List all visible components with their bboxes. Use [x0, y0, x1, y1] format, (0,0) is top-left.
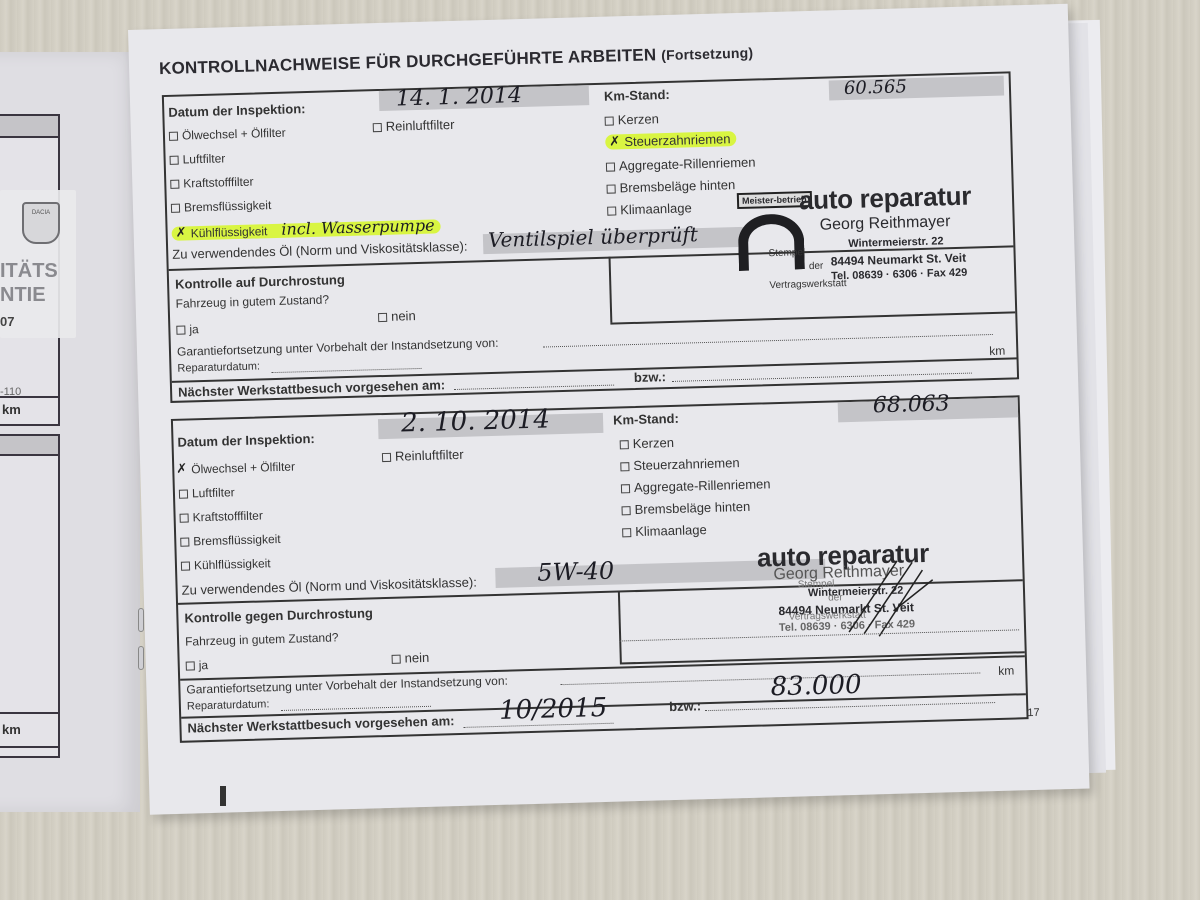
no-option[interactable]: nein: [391, 650, 429, 666]
sticker-text-line-2: NTIE: [0, 284, 46, 307]
repair-date-label: Reparaturdatum:: [177, 360, 260, 374]
km-value: 60.565: [844, 76, 908, 99]
stamp-owner: Georg Reithmayer: [819, 213, 950, 235]
checklist-item[interactable]: Kerzen: [604, 111, 659, 128]
stamp-company: auto reparatur: [799, 181, 972, 217]
sticker-number: 07: [0, 314, 14, 329]
dacia-logo-icon: DACIA: [22, 202, 60, 244]
no-option[interactable]: nein: [378, 308, 416, 324]
left-page-km-label: km: [2, 402, 21, 417]
checklist-item[interactable]: Klimaanlage: [622, 522, 707, 539]
rust-check-title: Kontrolle gegen Durchrostung: [184, 605, 373, 625]
stamp-caption: Stempel: [798, 578, 835, 590]
date-value: 2. 10. 2014: [401, 404, 551, 438]
stamp-caption: Vertragswerkstatt: [769, 278, 847, 291]
left-page-km-row-2: km: [0, 712, 60, 748]
checklist-item[interactable]: Steuerzahnriemen: [620, 455, 740, 473]
checklist-item[interactable]: Klimaanlage: [607, 200, 692, 217]
date-value: 14. 1. 2014: [396, 83, 523, 112]
sticker-text-line-1: ITÄTS: [0, 260, 58, 283]
checklist-item-checked[interactable]: Kühlflüssigkeitincl. Wasserpumpe: [171, 215, 440, 242]
condition-question: Fahrzeug in gutem Zustand?: [175, 292, 329, 310]
stamp-phone: Tel. 08639 · 6306 · Fax 429: [831, 267, 967, 283]
checkbox-icon[interactable]: [180, 514, 189, 523]
yes-option[interactable]: ja: [186, 658, 209, 673]
next-visit-dotted-line[interactable]: [454, 385, 614, 390]
date-label: Datum der Inspektion:: [168, 101, 306, 120]
checkbox-icon[interactable]: [179, 490, 188, 499]
staple-icon: [138, 608, 144, 632]
left-page-km-label-2: km: [2, 722, 21, 737]
checkbox-icon[interactable]: [382, 453, 391, 462]
checkbox-icon[interactable]: [606, 163, 615, 172]
checkbox-icon[interactable]: [620, 440, 629, 449]
checked-box-icon[interactable]: [178, 467, 187, 474]
km-label: Km-Stand:: [613, 411, 679, 428]
inspection-entry-1: Datum der Inspektion: 14. 1. 2014 Km-Sta…: [162, 71, 1019, 403]
checkbox-icon[interactable]: [181, 562, 190, 571]
checkbox-icon[interactable]: [176, 326, 185, 335]
date-label: Datum der Inspektion:: [177, 431, 315, 450]
checked-box-icon[interactable]: [178, 231, 187, 238]
warranty-label: Garantiefortsetzung unter Vorbehalt der …: [177, 336, 499, 359]
stamp-city: 84494 Neumarkt St. Veit: [831, 251, 967, 269]
checkbox-icon[interactable]: [170, 156, 179, 165]
page-title-suffix: (Fortsetzung): [661, 45, 753, 64]
warranty-dotted-line[interactable]: [543, 334, 993, 348]
checkbox-icon[interactable]: [373, 123, 382, 132]
checklist-item[interactable]: Ölwechsel + Ölfilter: [169, 126, 286, 143]
checklist-item[interactable]: Aggregate-Rillenriemen: [621, 476, 771, 495]
page-title-main: KONTROLLNACHWEISE FÜR DURCHGEFÜHRTE ARBE…: [159, 45, 657, 78]
checkbox-icon[interactable]: [622, 528, 631, 537]
signature-icon: [837, 549, 949, 642]
km-value: 68.063: [872, 391, 950, 418]
oil-value: 5W-40: [537, 557, 615, 587]
or-label: bzw.:: [669, 698, 701, 714]
stamp-box-divider: [618, 590, 622, 662]
handwritten-note: incl. Wasserpumpe: [281, 216, 435, 239]
km-unit: km: [998, 664, 1014, 678]
checkbox-icon[interactable]: [607, 207, 616, 216]
left-page-small-text: -110: [0, 386, 21, 398]
rust-check-title: Kontrolle auf Durchrostung: [175, 272, 345, 292]
checkbox-icon[interactable]: [392, 655, 401, 664]
inspection-entry-2: Datum der Inspektion: 2. 10. 2014 Km-Sta…: [171, 395, 1029, 743]
service-record-page: KONTROLLNACHWEISE FÜR DURCHGEFÜHRTE ARBE…: [128, 4, 1090, 815]
checkbox-icon[interactable]: [170, 180, 179, 189]
page-title: KONTROLLNACHWEISE FÜR DURCHGEFÜHRTE ARBE…: [159, 43, 754, 80]
or-km-dotted-line[interactable]: [672, 373, 972, 382]
yes-option[interactable]: ja: [176, 322, 199, 337]
stamp-box-divider: [609, 257, 613, 323]
or-label: bzw.:: [634, 369, 666, 385]
checklist-item[interactable]: Kraftstofffilter: [179, 508, 263, 524]
checkbox-icon[interactable]: [621, 506, 630, 515]
left-page-km-row-1: km: [0, 396, 60, 426]
condition-question: Fahrzeug in gutem Zustand?: [185, 630, 339, 648]
staple-icon: [138, 646, 144, 670]
stamp-arch-icon: [737, 213, 805, 271]
left-facing-page: km km DACIA ITÄTS NTIE 07 -110: [0, 52, 140, 812]
checklist-item[interactable]: Bremsbeläge hinten: [606, 177, 735, 196]
checklist-item[interactable]: Kraftstofffilter: [170, 175, 254, 191]
divider: [610, 311, 1015, 324]
checkbox-icon[interactable]: [621, 484, 630, 493]
divider: [172, 357, 1017, 383]
checked-box-icon[interactable]: [611, 139, 620, 146]
or-km-dotted-line[interactable]: [705, 702, 995, 711]
checklist-item[interactable]: Bremsbeläge hinten: [621, 499, 750, 518]
checklist-item[interactable]: Bremsflüssigkeit: [180, 532, 281, 549]
checklist-item[interactable]: Bremsflüssigkeit: [171, 198, 272, 215]
oil-label: Zu verwendendes Öl (Norm und Viskositäts…: [172, 239, 468, 262]
checklist-item[interactable]: Kerzen: [620, 435, 675, 452]
checklist-item[interactable]: Kühlflüssigkeit: [181, 556, 271, 572]
checklist-item-checked[interactable]: Ölwechsel + Ölfilter: [178, 460, 295, 477]
checklist-item-checked[interactable]: Steuerzahnriemen: [605, 131, 737, 150]
stamp-caption: der: [809, 261, 824, 272]
stamp-caption: Stempel: [768, 247, 805, 259]
repair-date-label: Reparaturdatum:: [187, 698, 270, 712]
checkbox-icon[interactable]: [620, 462, 629, 471]
checkbox-icon[interactable]: [186, 662, 195, 671]
oil-label: Zu verwendendes Öl (Norm und Viskositäts…: [181, 574, 477, 597]
page-number: 17: [1027, 707, 1040, 719]
checklist-item[interactable]: Luftfilter: [169, 151, 225, 167]
checklist-item[interactable]: Reinluftfilter: [373, 117, 455, 134]
checkbox-icon[interactable]: [605, 117, 614, 126]
checkbox-icon[interactable]: [378, 313, 387, 322]
next-visit-value: 10/2015: [499, 693, 608, 726]
km-label: Km-Stand:: [604, 87, 670, 104]
or-km-value: 83.000: [770, 670, 862, 703]
km-unit: km: [989, 344, 1005, 358]
repair-date-dotted-line[interactable]: [272, 368, 422, 373]
divider: [180, 655, 1025, 681]
checkbox-icon[interactable]: [169, 132, 178, 141]
checkbox-icon[interactable]: [607, 185, 616, 194]
checkbox-icon[interactable]: [171, 204, 180, 213]
checklist-item[interactable]: Aggregate-Rillenriemen: [606, 155, 756, 174]
checklist-item[interactable]: Luftfilter: [179, 485, 235, 501]
checklist-item[interactable]: Reinluftfilter: [382, 447, 464, 464]
page-marker: [220, 786, 226, 806]
checkbox-icon[interactable]: [180, 538, 189, 547]
